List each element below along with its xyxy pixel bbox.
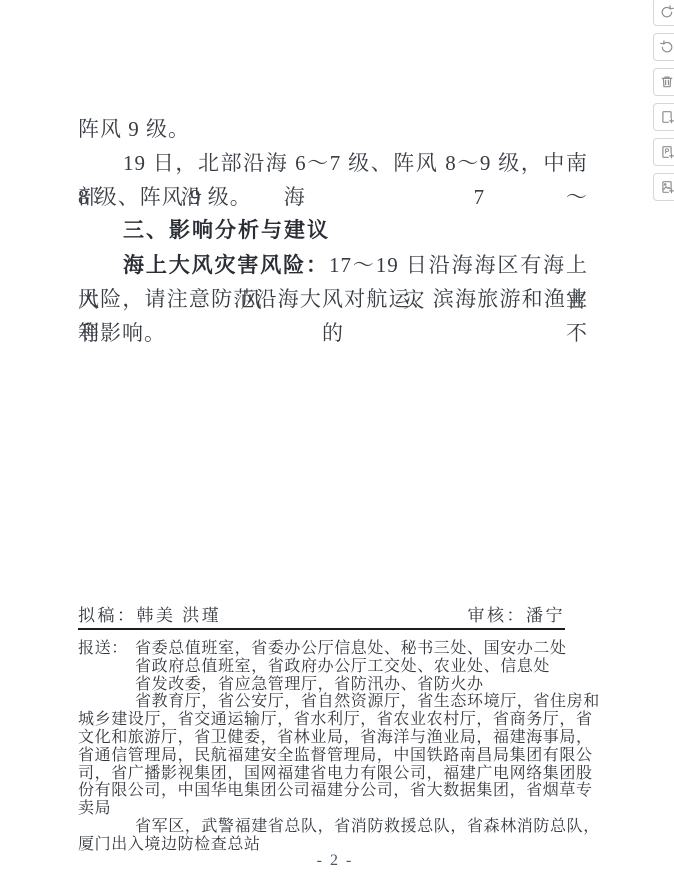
- page-number: - 2 -: [78, 852, 592, 870]
- distribution-line: 司，省广播影视集团，国网福建省电力有限公司，福建广电网络集团股: [78, 765, 592, 783]
- distribution-block: 报送：省委总值班室，省委办公厅信息处、秘书三处、国安办二处 省政府总值班室，省政…: [78, 640, 592, 854]
- distribution-line: 份有限公司，中国华电集团公司福建分公司，省大数据集团，省烟草专: [78, 782, 592, 800]
- distribution-line: 卖局: [78, 800, 592, 818]
- add-page-icon: [659, 109, 674, 125]
- distribution-line: 省发改委，省应急管理厅，省防汛办、省防火办: [78, 676, 592, 694]
- distribution-line: 省军区，武警福建省总队，省消防救援总队，省森林消防总队，: [78, 818, 592, 836]
- body-line: 8 级、阵风 9 级。: [78, 180, 588, 214]
- body-line: 利影响。: [78, 316, 588, 350]
- viewer-toolbar: P: [653, 0, 674, 201]
- distribution-line: 省政府总值班室，省政府办公厅工交处、农业处、信息处: [78, 658, 592, 676]
- add-pdf-icon: P: [659, 144, 674, 160]
- reviewer-name: 审核：潘宁: [468, 601, 566, 626]
- delete-page-button[interactable]: [653, 68, 674, 96]
- distribution-line: 文化和旅游厅，省卫健委，省林业局，省海洋与渔业局，福建海事局，: [78, 729, 592, 747]
- add-page-button[interactable]: [653, 103, 674, 131]
- bold-lead: 海上大风灾害风险：: [123, 254, 329, 277]
- distribution-text: 省委总值班室，省委办公厅信息处、秘书三处、国安办二处: [135, 640, 567, 657]
- section-heading: 三、影响分析与建议: [78, 214, 588, 248]
- distribution-line: 报送：省委总值班室，省委办公厅信息处、秘书三处、国安办二处: [78, 640, 592, 658]
- rotate-left-icon: [659, 39, 674, 55]
- distribution-line: 省教育厅，省公安厅，省自然资源厅，省生态环境厅，省住房和: [78, 693, 592, 711]
- add-image-button[interactable]: [653, 173, 674, 201]
- rotate-right-icon: [659, 4, 674, 20]
- body-line: 阵风 9 级。: [78, 112, 588, 146]
- distribution-label: 报送：: [78, 640, 135, 658]
- add-image-icon: [659, 179, 674, 195]
- document-page: 阵风 9 级。 19 日，北部沿海 6～7 级、阵风 8～9 级，中南部沿海 7…: [0, 0, 674, 874]
- distribution-line: 城乡建设厅，省交通运输厅，省水利厅，省农业农村厅，省商务厅，省: [78, 711, 592, 729]
- distribution-line: 省通信管理局，民航福建安全监督管理局，中国铁路南昌局集团有限公: [78, 747, 592, 765]
- add-pdf-page-button[interactable]: P: [653, 138, 674, 166]
- svg-text:P: P: [665, 149, 670, 156]
- drafter-names: 拟稿：韩美 洪瑾: [78, 601, 221, 626]
- rotate-right-button[interactable]: [653, 0, 674, 26]
- trash-icon: [659, 74, 674, 90]
- signature-row: 拟稿：韩美 洪瑾 审核：潘宁: [78, 606, 565, 630]
- rotate-left-button[interactable]: [653, 33, 674, 61]
- distribution-line: 厦门出入境边防检查总站: [78, 836, 592, 854]
